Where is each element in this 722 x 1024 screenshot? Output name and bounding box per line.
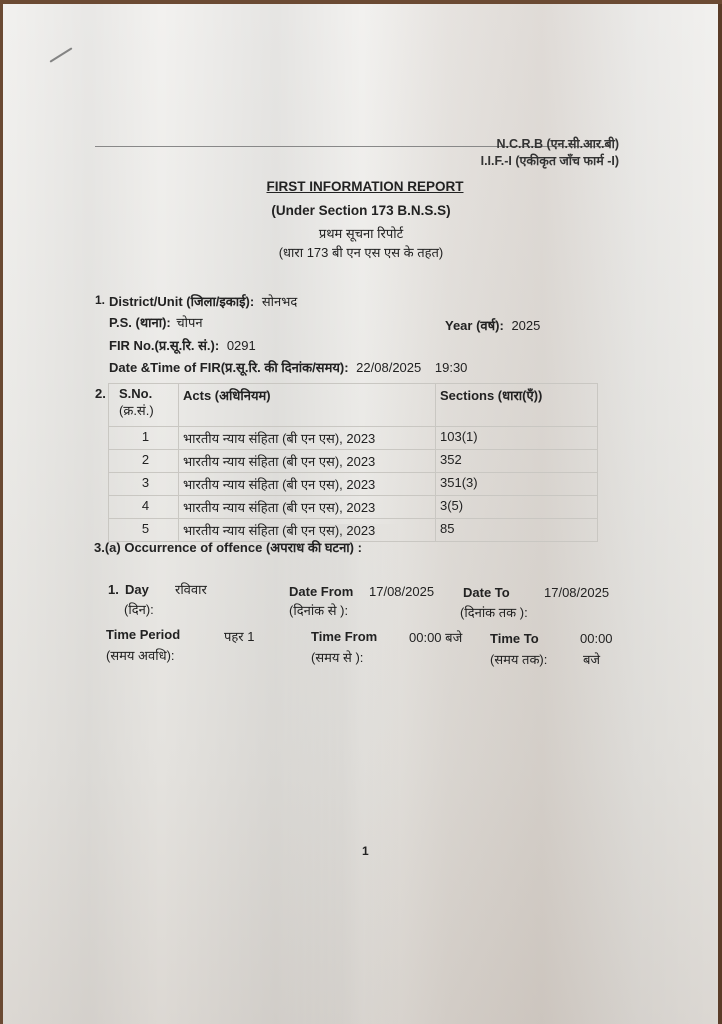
section2-number: 2.: [95, 386, 106, 401]
time-period-label-hindi: (समय अवधि):: [106, 646, 175, 664]
time-to-label-hindi: (समय तक):: [490, 650, 547, 668]
district-value: सोनभद: [262, 294, 297, 309]
time-from-value: 00:00 बजे: [409, 628, 462, 646]
sno-header-hindi: (क्र.सं.): [119, 401, 174, 419]
document-title: FIRST INFORMATION REPORT: [0, 179, 722, 194]
time-period-value: पहर 1: [224, 627, 254, 645]
date-to-label: Date To: [463, 585, 510, 600]
date-to-label-hindi: (दिनांक तक ):: [460, 603, 528, 621]
paper-fold-shadow: [283, 524, 403, 1024]
act-cell: भारतीय न्याय संहिता (बी एन एस), 2023: [179, 473, 436, 496]
iif-label: I.I.F.-I (एकीकृत जाँच फार्म -I): [481, 152, 619, 169]
day-label-hindi: (दिन):: [124, 600, 154, 618]
section1-number: 1.: [95, 293, 105, 307]
fir-number-field: FIR No.(प्र.सू.रि. सं.): 0291: [109, 336, 256, 354]
act-cell: भारतीय न्याय संहिता (बी एन एस), 2023: [179, 496, 436, 519]
time-from-label-hindi: (समय से ):: [311, 648, 363, 666]
fir-datetime-field: Date &Time of FIR(प्र.सू.रि. की दिनांक/स…: [109, 358, 467, 376]
section3-heading-text: 3.(a) Occurrence of offence (अपराध की घट…: [94, 540, 362, 555]
sno-cell: 1: [109, 427, 179, 450]
table-row: 4भारतीय न्याय संहिता (बी एन एस), 20233(5…: [109, 496, 598, 519]
section-cell: 351(3): [436, 473, 598, 496]
section-cell: 352: [436, 450, 598, 473]
year-label: Year (वर्ष):: [445, 318, 504, 333]
fir-date-value: 22/08/2025: [356, 360, 421, 375]
act-cell: भारतीय न्याय संहिता (बी एन एस), 2023: [179, 450, 436, 473]
fir-number-value: 0291: [227, 338, 256, 353]
ps-label: P.S. (थाना):: [109, 315, 171, 330]
document-title-hindi: प्रथम सूचना रिपोर्ट: [0, 224, 722, 242]
time-from-label: Time From: [311, 629, 377, 644]
ps-value: चोपन: [176, 315, 202, 330]
day-value: रविवार: [175, 580, 207, 598]
ncrb-label: N.C.R.B (एन.सी.आर.बी): [496, 135, 619, 152]
time-period-label: Time Period: [106, 627, 180, 642]
time-to-label: Time To: [490, 631, 539, 646]
sno-cell: 4: [109, 496, 179, 519]
date-from-label: Date From: [289, 584, 353, 599]
date-from-label-hindi: (दिनांक से ):: [289, 601, 348, 619]
column-header-sno: S.No. (क्र.सं.): [109, 384, 179, 427]
section3-heading: 3.(a) Occurrence of offence (अपराध की घट…: [94, 538, 362, 556]
table-row: 1भारतीय न्याय संहिता (बी एन एस), 2023103…: [109, 427, 598, 450]
section-cell: 103(1): [436, 427, 598, 450]
section-cell: 85: [436, 519, 598, 542]
fir-datetime-label: Date &Time of FIR(प्र.सू.रि. की दिनांक/स…: [109, 360, 349, 375]
document-subtitle-hindi: (धारा 173 बी एन एस एस के तहत): [0, 243, 722, 261]
ps-field: P.S. (थाना): चोपन: [109, 313, 203, 331]
date-to-value: 17/08/2025: [544, 585, 609, 600]
document-subtitle: (Under Section 173 B.N.S.S): [0, 203, 722, 218]
table-header-row: S.No. (क्र.सं.) Acts (अधिनियम) Sections …: [109, 384, 598, 427]
page-edge: [718, 4, 722, 1024]
year-field: Year (वर्ष): 2025: [445, 316, 540, 334]
act-cell: भारतीय न्याय संहिता (बी एन एस), 2023: [179, 427, 436, 450]
occurrence-item-number: 1.: [108, 582, 119, 597]
acts-sections-table: S.No. (क्र.सं.) Acts (अधिनियम) Sections …: [108, 383, 598, 542]
fir-time-value: 19:30: [435, 360, 468, 375]
table-row: 3भारतीय न्याय संहिता (बी एन एस), 2023351…: [109, 473, 598, 496]
time-to-value: 00:00: [580, 631, 613, 646]
pen-mark: [49, 47, 72, 62]
page-number: 1: [362, 844, 369, 858]
sno-cell: 2: [109, 450, 179, 473]
sno-cell: 3: [109, 473, 179, 496]
sno-header-text: S.No.: [119, 386, 174, 401]
day-label: Day: [125, 582, 149, 597]
table-row: 2भारतीय न्याय संहिता (बी एन एस), 2023352: [109, 450, 598, 473]
fir-number-label: FIR No.(प्र.सू.रि. सं.):: [109, 338, 219, 353]
column-header-sections: Sections (धारा(एँ)): [436, 384, 598, 427]
date-from-value: 17/08/2025: [369, 584, 434, 599]
section-cell: 3(5): [436, 496, 598, 519]
time-to-suffix: बजे: [583, 650, 600, 668]
year-value: 2025: [511, 318, 540, 333]
district-label: District/Unit (जिला/इकाई):: [109, 294, 254, 309]
column-header-acts: Acts (अधिनियम): [179, 384, 436, 427]
district-field: District/Unit (जिला/इकाई): सोनभद: [109, 292, 297, 310]
